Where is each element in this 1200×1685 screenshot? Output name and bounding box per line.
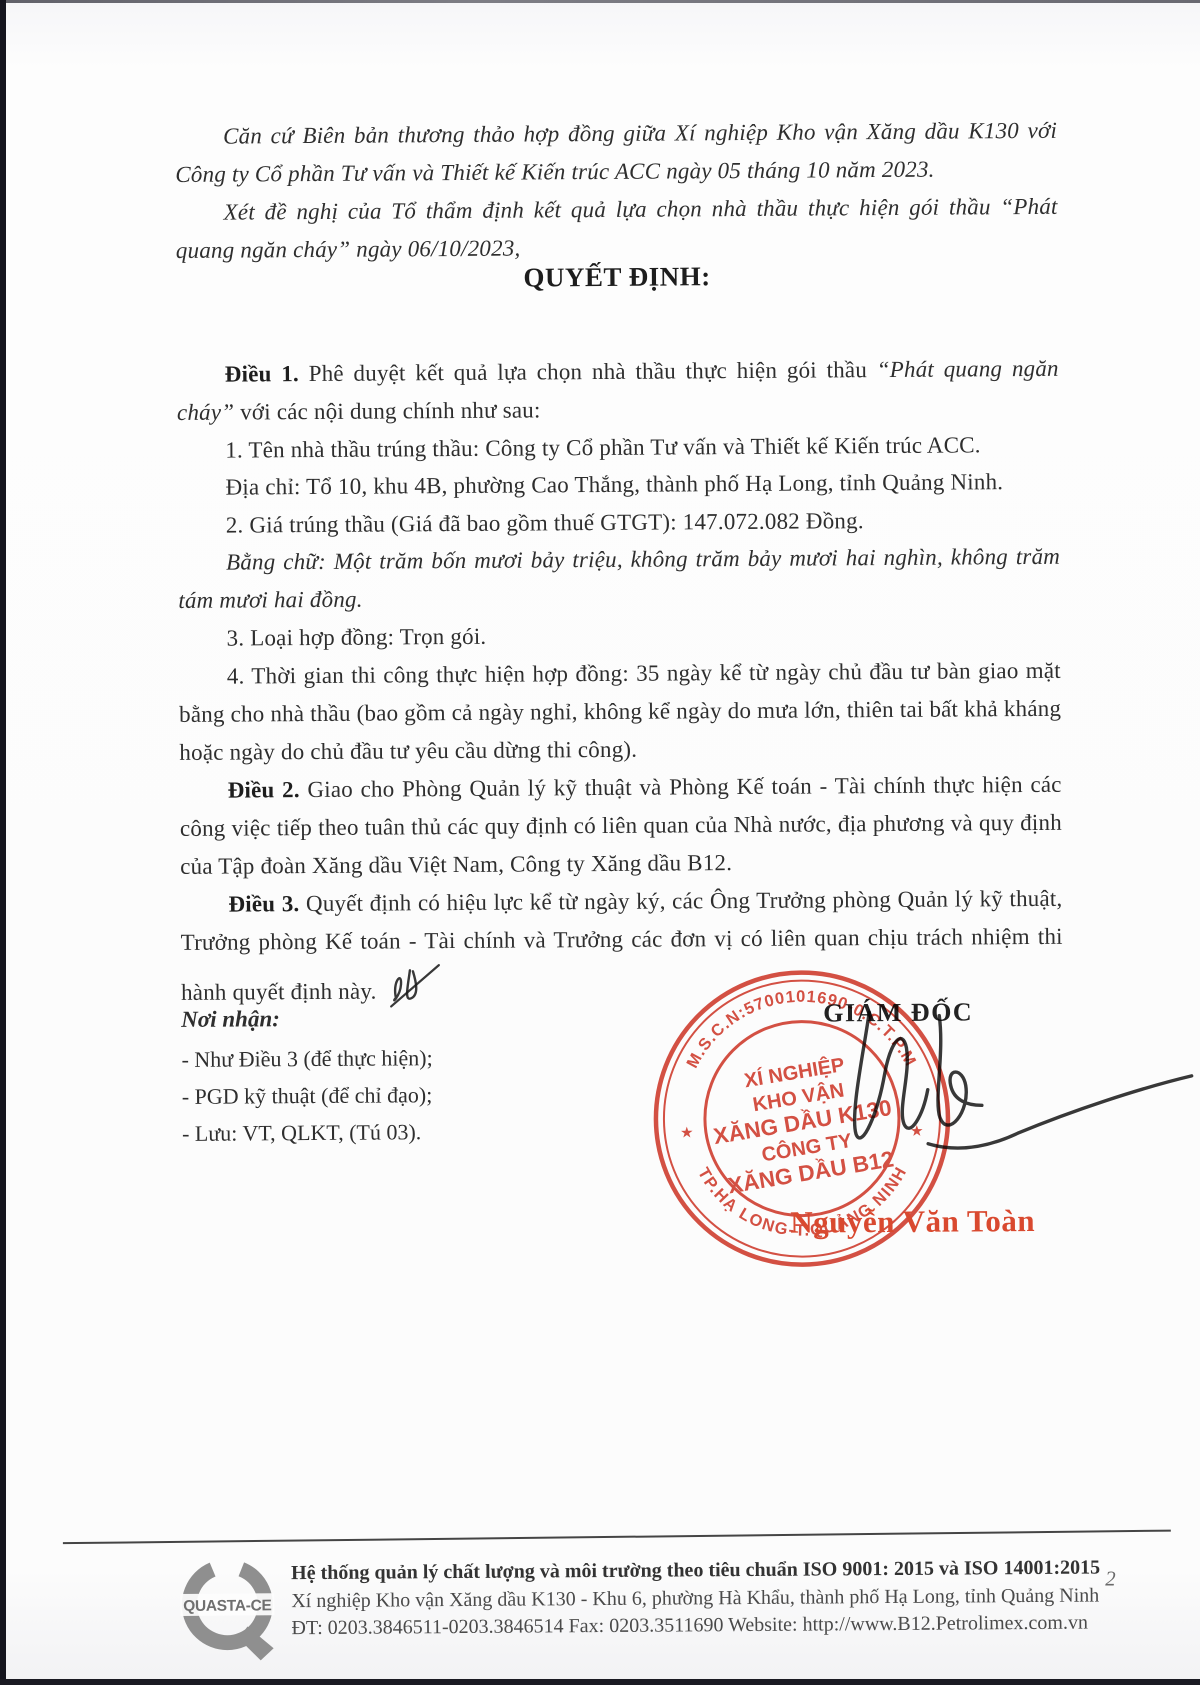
page-title: QUYẾT ĐỊNH: xyxy=(176,259,1058,296)
certification-logo: QUASTA-CE xyxy=(175,1550,286,1669)
recipients-block: Nơi nhận: - Như Điều 3 (để thực hiện); -… xyxy=(181,1004,602,1152)
preamble-paragraph-1: Căn cứ Biên bản thương thảo hợp đồng giữ… xyxy=(175,112,1058,194)
director-signature xyxy=(809,994,1200,1169)
footer-divider xyxy=(63,1530,1171,1545)
article-2-paragraph: Điều 2. Giao cho Phòng Quản lý kỹ thuật … xyxy=(180,766,1063,886)
signature-ink-graphic xyxy=(809,994,1200,1169)
article-1-intro: Phê duyệt kết quả lựa chọn nhà thầu thực… xyxy=(299,357,877,386)
article-1-label: Điều 1. xyxy=(225,361,299,387)
recipient-item: - Lưu: VT, QLKT, (Tú 03). xyxy=(182,1112,602,1152)
article-1-item-4: 4. Thời gian thi công thực hiện hợp đồng… xyxy=(179,652,1062,772)
page-number: 2 xyxy=(1105,1566,1116,1591)
quasta-ce-logo-graphic: QUASTA-CE xyxy=(175,1550,286,1669)
amount-in-words: Bằng chữ: Một trăm bốn mươi bảy triệu, k… xyxy=(178,538,1061,620)
preamble-paragraph-2: Xét đề nghị của Tổ thẩm định kết quả lựa… xyxy=(175,188,1058,270)
logo-text: QUASTA-CE xyxy=(183,1597,271,1615)
footer-contact-line: ĐT: 0203.3846511-0203.3846514 Fax: 0203.… xyxy=(291,1611,1191,1640)
article-1-item-3: 3. Loại hợp đồng: Trọn gói. xyxy=(178,614,1060,658)
scanned-page: Căn cứ Biên bản thương thảo hợp đồng giữ… xyxy=(0,0,1200,1685)
recipients-heading: Nơi nhận: xyxy=(181,1004,601,1033)
article-3-label: Điều 3. xyxy=(228,891,299,916)
stamp-star-left: ★ xyxy=(680,1124,694,1141)
article-1-outro: với các nội dung chính như sau: xyxy=(234,397,541,424)
recipient-item: - PGD kỹ thuật (để chỉ đạo); xyxy=(182,1075,602,1115)
contractor-address: Địa chỉ: Tổ 10, khu 4B, phường Cao Thắng… xyxy=(177,463,1059,507)
footer-address-line: Xí nghiệp Kho vận Xăng dầu K130 - Khu 6,… xyxy=(291,1584,1191,1613)
article-2-text: Giao cho Phòng Quản lý kỹ thuật và Phòng… xyxy=(180,772,1062,879)
document-content: Căn cứ Biên bản thương thảo hợp đồng giữ… xyxy=(0,0,1200,1685)
article-2-label: Điều 2. xyxy=(228,777,300,803)
article-1-paragraph: Điều 1. Phê duyệt kết quả lựa chọn nhà t… xyxy=(177,350,1060,432)
footer-iso-line: Hệ thống quản lý chất lượng và môi trườn… xyxy=(291,1556,1191,1585)
recipient-item: - Như Điều 3 (để thực hiện); xyxy=(181,1038,601,1078)
signer-name: Nguyễn Văn Toàn xyxy=(743,1203,1083,1241)
handwritten-initials-mark xyxy=(382,960,444,1010)
